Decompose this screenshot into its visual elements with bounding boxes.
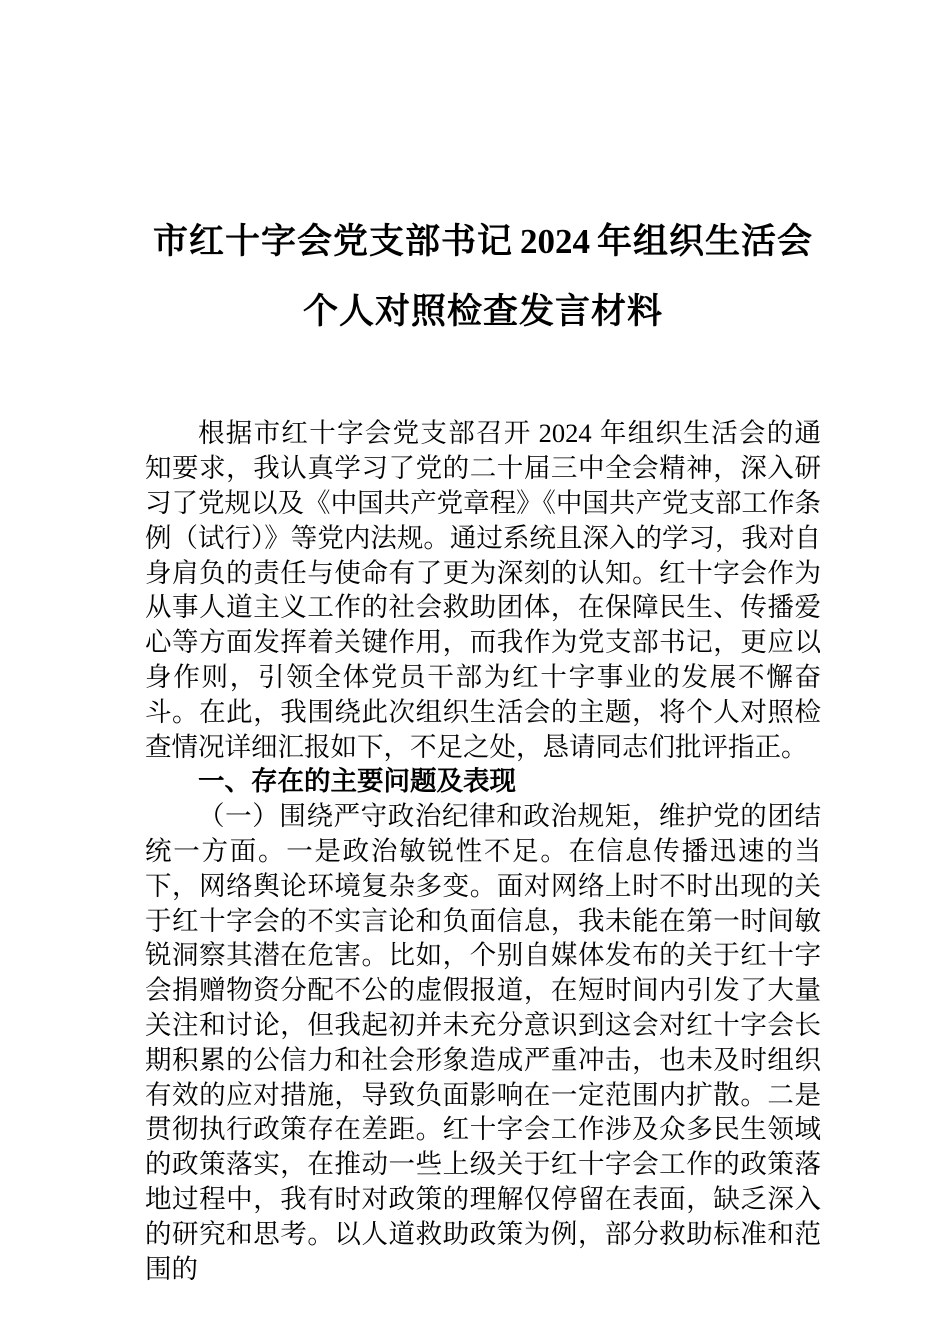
body-paragraph: 根据市红十字会党支部召开2024年组织生活会的通知要求，我认真学习了党的二十届三… bbox=[145, 416, 821, 764]
document-content: 市红十字会党支部书记2024年组织生活会 个人对照检查发言材料 根据市红十字会党… bbox=[145, 23, 821, 1286]
paragraph1-year: 2024 bbox=[539, 418, 592, 448]
body-paragraph: （一）围绕严守政治纪律和政治规矩，维护党的团结统一方面。一是政治敏锐性不足。在信… bbox=[145, 799, 821, 1286]
title-line1-year: 2024 bbox=[520, 222, 590, 261]
title-line1: 市红十字会党支部书记2024年组织生活会 bbox=[153, 222, 813, 261]
paragraph1-text-after-year: 年组织生活会的通知要求，我认真学习了党的二十届三中全会精神，深入研习了党规以及《… bbox=[145, 418, 821, 761]
document-title: 市红十字会党支部书记2024年组织生活会 个人对照检查发言材料 bbox=[145, 23, 821, 347]
paragraph1-text-before-year: 根据市红十字会党支部召开 bbox=[198, 418, 532, 448]
title-line1-suffix: 年组织生活会 bbox=[597, 222, 813, 261]
title-line2: 个人对照检查发言材料 bbox=[303, 292, 663, 331]
document-page: 市红十字会党支部书记2024年组织生活会 个人对照检查发言材料 根据市红十字会党… bbox=[0, 0, 950, 1344]
title-line1-prefix: 市红十字会党支部书记 bbox=[153, 222, 513, 261]
document-body: 根据市红十字会党支部召开2024年组织生活会的通知要求，我认真学习了党的二十届三… bbox=[145, 416, 821, 1286]
section-heading: 一、存在的主要问题及表现 bbox=[145, 764, 821, 799]
